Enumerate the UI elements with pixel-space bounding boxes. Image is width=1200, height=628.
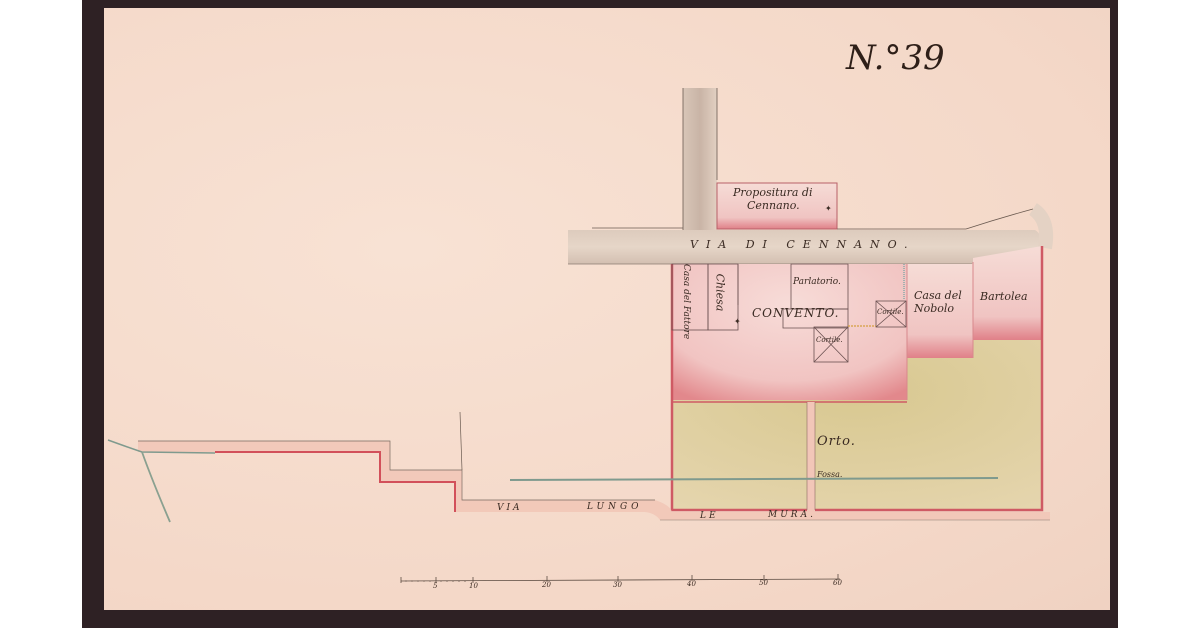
scale-tick-40: 40 [687, 580, 696, 588]
parlatorio-label: Parlatorio. [793, 277, 841, 287]
fossa-label: Fossa. [817, 470, 842, 479]
casa-del-nobolo-line1: Casa del [914, 289, 962, 302]
chiesa-label: Chiesa [713, 274, 726, 312]
propositura-label: Propositura di Cennano. [733, 186, 813, 212]
casa-del-nobolo-label: Casa del Nobolo [914, 289, 962, 315]
svg-text:✦: ✦ [825, 204, 832, 213]
le-mura-label-le: LE [700, 511, 719, 521]
propositura-line2: Cennano. [733, 199, 813, 212]
cortile-label-2: Cortile. [816, 336, 843, 344]
le-mura-label-mura: MURA. [768, 510, 816, 520]
via-lungo-label-lungo: LUNGO [587, 502, 643, 512]
map-drawing: ✦ ✦ [0, 0, 1200, 628]
orto-label: Orto. [817, 434, 856, 449]
propositura-line1: Propositura di [733, 186, 813, 199]
scale-tick-20: 20 [542, 581, 551, 589]
via-di-cennano-label: VIA DI CENNANO. [690, 238, 916, 251]
via-lungo-label-via: VIA [497, 503, 523, 513]
scale-tick-5: 5 [433, 582, 437, 590]
casa-del-fattore-label: Casa del Fattore [681, 264, 691, 334]
plate-number: N.°39 [846, 38, 945, 78]
scale-tick-60: 60 [833, 579, 842, 587]
cortile-label-1: Cortile. [877, 308, 904, 316]
scale-tick-50: 50 [759, 579, 768, 587]
svg-text:✦: ✦ [734, 317, 741, 326]
north-road [683, 88, 717, 238]
casa-del-nobolo-line2: Nobolo [914, 302, 962, 315]
scale-tick-30: 30 [613, 581, 622, 589]
convento-label: CONVENTO. [752, 306, 839, 320]
scale-tick-10: 10 [469, 582, 478, 590]
bartolea-label: Bartolea [980, 290, 1028, 303]
